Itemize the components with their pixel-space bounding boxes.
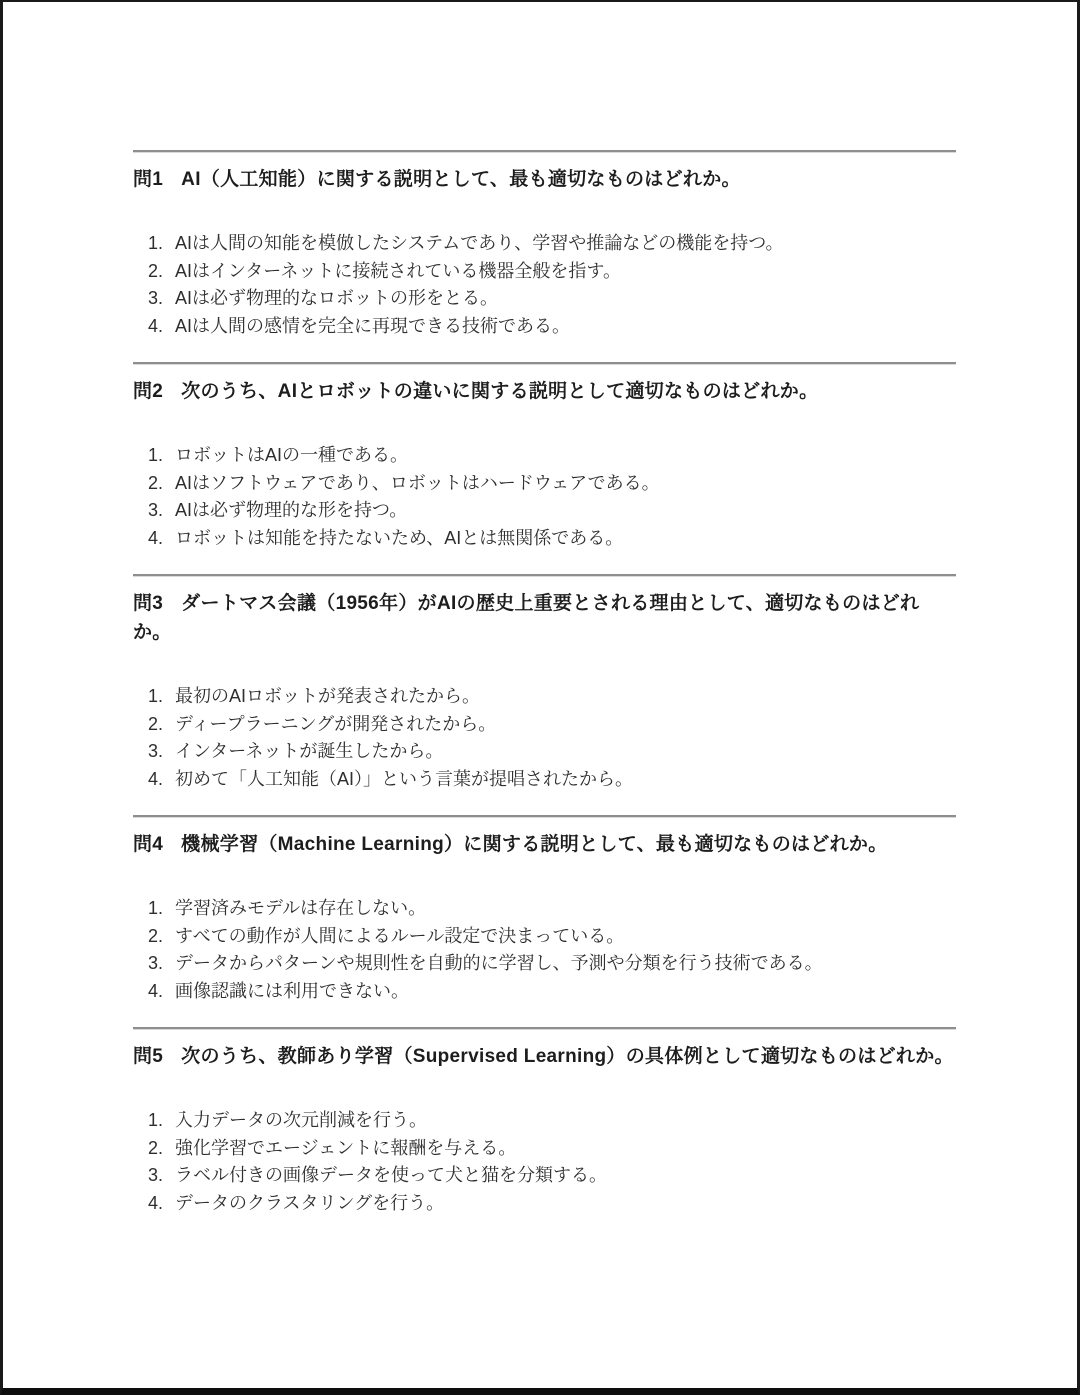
option-number: 4. xyxy=(148,766,175,794)
option-row: 2. AIはソフトウェアであり、ロボットはハードウェアである。 xyxy=(148,470,956,498)
option-row: 1. ロボットはAIの一種である。 xyxy=(148,442,956,470)
option-number: 2. xyxy=(148,470,175,498)
option-row: 3. ラベル付きの画像データを使って犬と猫を分類する。 xyxy=(148,1162,956,1190)
option-text: AIはインターネットに接続されている機器全般を指す。 xyxy=(175,258,956,286)
option-number: 1. xyxy=(148,683,175,711)
option-number: 3. xyxy=(148,285,175,313)
option-number: 3. xyxy=(148,497,175,525)
option-row: 3. インターネットが誕生したから。 xyxy=(148,738,956,766)
option-row: 2. ディープラーニングが開発されたから。 xyxy=(148,711,956,739)
question-title: 次のうち、教師あり学習（Supervised Learning）の具体例として適… xyxy=(181,1046,954,1067)
option-text: ロボットはAIの一種である。 xyxy=(175,442,956,470)
option-row: 4. 初めて「人工知能（AI）」という言葉が提唱されたから。 xyxy=(148,766,956,794)
option-number: 2. xyxy=(148,711,175,739)
option-number: 1. xyxy=(148,230,175,258)
document-page: 問1AI（人工知能）に関する説明として、最も適切なものはどれか。 1. AIは人… xyxy=(0,0,1080,1395)
option-row: 1. AIは人間の知能を模倣したシステムであり、学習や推論などの機能を持つ。 xyxy=(148,230,956,258)
quiz-content: 問1AI（人工知能）に関する説明として、最も適切なものはどれか。 1. AIは人… xyxy=(133,2,956,1217)
option-number: 1. xyxy=(148,1107,175,1135)
option-number: 4. xyxy=(148,1190,175,1218)
option-row: 4. 画像認識には利用できない。 xyxy=(148,978,956,1006)
option-number: 4. xyxy=(148,525,175,553)
option-text: 初めて「人工知能（AI）」という言葉が提唱されたから。 xyxy=(175,766,956,794)
option-row: 1. 最初のAIロボットが発表されたから。 xyxy=(148,683,956,711)
question-section-3: 問3ダートマス会議（1956年）がAIの歴史上重要とされる理由として、適切なもの… xyxy=(133,574,956,793)
question-title: AI（人工知能）に関する説明として、最も適切なものはどれか。 xyxy=(181,169,741,190)
question-heading: 問1AI（人工知能）に関する説明として、最も適切なものはどれか。 xyxy=(133,165,956,194)
section-divider xyxy=(133,815,956,818)
option-row: 1. 学習済みモデルは存在しない。 xyxy=(148,895,956,923)
option-number: 3. xyxy=(148,1162,175,1190)
option-list: 1. ロボットはAIの一種である。 2. AIはソフトウェアであり、ロボットはハ… xyxy=(133,442,956,552)
option-text: 強化学習でエージェントに報酬を与える。 xyxy=(175,1135,956,1163)
option-text: データのクラスタリングを行う。 xyxy=(175,1190,956,1218)
question-section-5: 問5次のうち、教師あり学習（Supervised Learning）の具体例とし… xyxy=(133,1027,956,1217)
option-text: すべての動作が人間によるルール設定で決まっている。 xyxy=(175,923,956,951)
option-text: ラベル付きの画像データを使って犬と猫を分類する。 xyxy=(175,1162,956,1190)
question-title: ダートマス会議（1956年）がAIの歴史上重要とされる理由として、適切なものはど… xyxy=(133,593,919,643)
option-row: 2. AIはインターネットに接続されている機器全般を指す。 xyxy=(148,258,956,286)
option-row: 4. AIは人間の感情を完全に再現できる技術である。 xyxy=(148,313,956,341)
option-text: AIは必ず物理的なロボットの形をとる。 xyxy=(175,285,956,313)
option-number: 3. xyxy=(148,738,175,766)
question-heading: 問4機械学習（Machine Learning）に関する説明として、最も適切なも… xyxy=(133,830,956,859)
question-title: 次のうち、AIとロボットの違いに関する説明として適切なものはどれか。 xyxy=(181,381,818,402)
option-row: 4. ロボットは知能を持たないため、AIとは無関係である。 xyxy=(148,525,956,553)
option-list: 1. 入力データの次元削減を行う。 2. 強化学習でエージェントに報酬を与える。… xyxy=(133,1107,956,1217)
question-heading: 問2次のうち、AIとロボットの違いに関する説明として適切なものはどれか。 xyxy=(133,377,956,406)
question-number: 問3 xyxy=(133,593,163,614)
option-text: AIは人間の知能を模倣したシステムであり、学習や推論などの機能を持つ。 xyxy=(175,230,956,258)
option-text: AIは人間の感情を完全に再現できる技術である。 xyxy=(175,313,956,341)
question-number: 問2 xyxy=(133,381,163,402)
option-text: インターネットが誕生したから。 xyxy=(175,738,956,766)
option-text: 入力データの次元削減を行う。 xyxy=(175,1107,956,1135)
section-divider xyxy=(133,362,956,365)
option-list: 1. 学習済みモデルは存在しない。 2. すべての動作が人間によるルール設定で決… xyxy=(133,895,956,1005)
question-number: 問5 xyxy=(133,1046,163,1067)
option-row: 1. 入力データの次元削減を行う。 xyxy=(148,1107,956,1135)
option-text: 画像認識には利用できない。 xyxy=(175,978,956,1006)
option-number: 1. xyxy=(148,442,175,470)
option-row: 4. データのクラスタリングを行う。 xyxy=(148,1190,956,1218)
option-row: 3. AIは必ず物理的な形を持つ。 xyxy=(148,497,956,525)
option-text: 最初のAIロボットが発表されたから。 xyxy=(175,683,956,711)
question-section-4: 問4機械学習（Machine Learning）に関する説明として、最も適切なも… xyxy=(133,815,956,1005)
section-divider xyxy=(133,574,956,577)
option-number: 1. xyxy=(148,895,175,923)
option-row: 3. データからパターンや規則性を自動的に学習し、予測や分類を行う技術である。 xyxy=(148,950,956,978)
option-row: 3. AIは必ず物理的なロボットの形をとる。 xyxy=(148,285,956,313)
option-list: 1. AIは人間の知能を模倣したシステムであり、学習や推論などの機能を持つ。 2… xyxy=(133,230,956,340)
option-number: 3. xyxy=(148,950,175,978)
option-row: 2. 強化学習でエージェントに報酬を与える。 xyxy=(148,1135,956,1163)
option-list: 1. 最初のAIロボットが発表されたから。 2. ディープラーニングが開発された… xyxy=(133,683,956,793)
question-number: 問4 xyxy=(133,834,163,855)
option-text: AIはソフトウェアであり、ロボットはハードウェアである。 xyxy=(175,470,956,498)
question-section-1: 問1AI（人工知能）に関する説明として、最も適切なものはどれか。 1. AIは人… xyxy=(133,150,956,340)
question-section-2: 問2次のうち、AIとロボットの違いに関する説明として適切なものはどれか。 1. … xyxy=(133,362,956,552)
section-divider xyxy=(133,1027,956,1030)
question-title: 機械学習（Machine Learning）に関する説明として、最も適切なものは… xyxy=(181,834,887,855)
option-text: 学習済みモデルは存在しない。 xyxy=(175,895,956,923)
option-number: 4. xyxy=(148,978,175,1006)
option-text: ディープラーニングが開発されたから。 xyxy=(175,711,956,739)
option-text: ロボットは知能を持たないため、AIとは無関係である。 xyxy=(175,525,956,553)
option-number: 2. xyxy=(148,1135,175,1163)
question-heading: 問3ダートマス会議（1956年）がAIの歴史上重要とされる理由として、適切なもの… xyxy=(133,589,956,647)
option-text: AIは必ず物理的な形を持つ。 xyxy=(175,497,956,525)
section-divider xyxy=(133,150,956,153)
question-number: 問1 xyxy=(133,169,163,190)
option-text: データからパターンや規則性を自動的に学習し、予測や分類を行う技術である。 xyxy=(175,950,956,978)
option-number: 4. xyxy=(148,313,175,341)
option-row: 2. すべての動作が人間によるルール設定で決まっている。 xyxy=(148,923,956,951)
option-number: 2. xyxy=(148,258,175,286)
option-number: 2. xyxy=(148,923,175,951)
question-heading: 問5次のうち、教師あり学習（Supervised Learning）の具体例とし… xyxy=(133,1042,956,1071)
